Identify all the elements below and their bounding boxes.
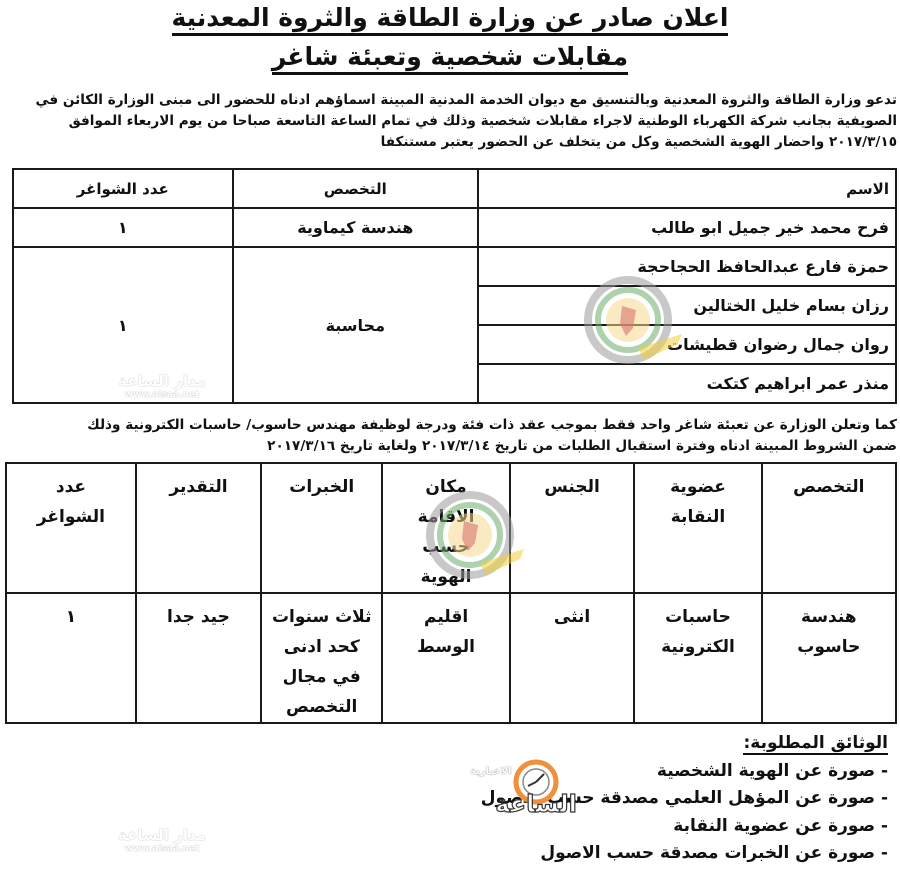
specialization-cell: هندسة كيماوية bbox=[233, 208, 478, 247]
vacancy-table: التخصصعضويةالنقابةالجنسمكانالاقامةحسباله… bbox=[5, 462, 897, 724]
table-row: هندسةحاسوبحاسباتالكترونيةانثىاقليمالوسطث… bbox=[6, 593, 896, 723]
header-vacancies: عددالشواغر bbox=[6, 463, 136, 593]
vacancy-paragraph: كما وتعلن الوزارة عن تعبئة شاغر واحد فقط… bbox=[3, 415, 897, 457]
document-item: - صورة عن عضوية النقابة bbox=[481, 813, 888, 841]
header-gender: الجنس bbox=[510, 463, 635, 593]
candidate-name: حمزة فارع عبدالحافظ الحجاحجة bbox=[478, 247, 896, 286]
specialization-cell: هندسةحاسوب bbox=[762, 593, 896, 723]
header-vacancies: عدد الشواغر bbox=[13, 169, 233, 208]
announcement-title: اعلان صادر عن وزارة الطاقة والثروة المعد… bbox=[0, 1, 900, 35]
specialization-cell: محاسبة bbox=[233, 247, 478, 403]
header-name: الاسم bbox=[478, 169, 896, 208]
header-experience: الخبرات bbox=[261, 463, 382, 593]
table-header-row: الاسم التخصص عدد الشواغر bbox=[13, 169, 896, 208]
union-membership-cell: حاسباتالكترونية bbox=[634, 593, 761, 723]
experience-cell: ثلاث سنواتكحد ادنىفي مجالالتخصص bbox=[261, 593, 382, 723]
candidate-name: فرح محمد خير جميل ابو طالب bbox=[478, 208, 896, 247]
table-row: فرح محمد خير جميل ابو طالب هندسة كيماوية… bbox=[13, 208, 896, 247]
interviews-table: الاسم التخصص عدد الشواغر فرح محمد خير جم… bbox=[12, 168, 897, 404]
document-item: - صورة عن الخبرات مصدقة حسب الاصول bbox=[481, 840, 888, 868]
vacancies-cell: ١ bbox=[13, 208, 233, 247]
candidate-name: رزان بسام خليل الختالين bbox=[478, 286, 896, 325]
document-item: - صورة عن الهوية الشخصية bbox=[481, 758, 888, 786]
grade-cell: جيد جدا bbox=[136, 593, 261, 723]
header-specialization: التخصص bbox=[233, 169, 478, 208]
site-watermark: مدار الساعة www.alsaa.net bbox=[118, 826, 206, 854]
header-residence: مكانالاقامةحسبالهوية bbox=[382, 463, 509, 593]
vacancies-cell: ١ bbox=[13, 247, 233, 403]
header-grade: التقدير bbox=[136, 463, 261, 593]
vacancies-cell: ١ bbox=[6, 593, 136, 723]
residence-cell: اقليمالوسط bbox=[382, 593, 509, 723]
intro-paragraph: تدعو وزارة الطاقة والثروة المعدنية وبالت… bbox=[3, 90, 897, 153]
announcement-subtitle: مقابلات شخصية وتعبئة شاغر bbox=[0, 40, 900, 74]
documents-heading: الوثائق المطلوبة: bbox=[481, 730, 888, 758]
candidate-name: روان جمال رضوان قطيشات bbox=[478, 325, 896, 364]
table-row: حمزة فارع عبدالحافظ الحجاحجة محاسبة ١ bbox=[13, 247, 896, 286]
gender-cell: انثى bbox=[510, 593, 635, 723]
document-item: - صورة عن المؤهل العلمي مصدقة حسب الاصول bbox=[481, 785, 888, 813]
required-documents: الوثائق المطلوبة: - صورة عن الهوية الشخص… bbox=[481, 730, 888, 868]
header-specialization: التخصص bbox=[762, 463, 896, 593]
candidate-name: منذر عمر ابراهيم كتكت bbox=[478, 364, 896, 403]
table-header-row: التخصصعضويةالنقابةالجنسمكانالاقامةحسباله… bbox=[6, 463, 896, 593]
header-union-membership: عضويةالنقابة bbox=[634, 463, 761, 593]
